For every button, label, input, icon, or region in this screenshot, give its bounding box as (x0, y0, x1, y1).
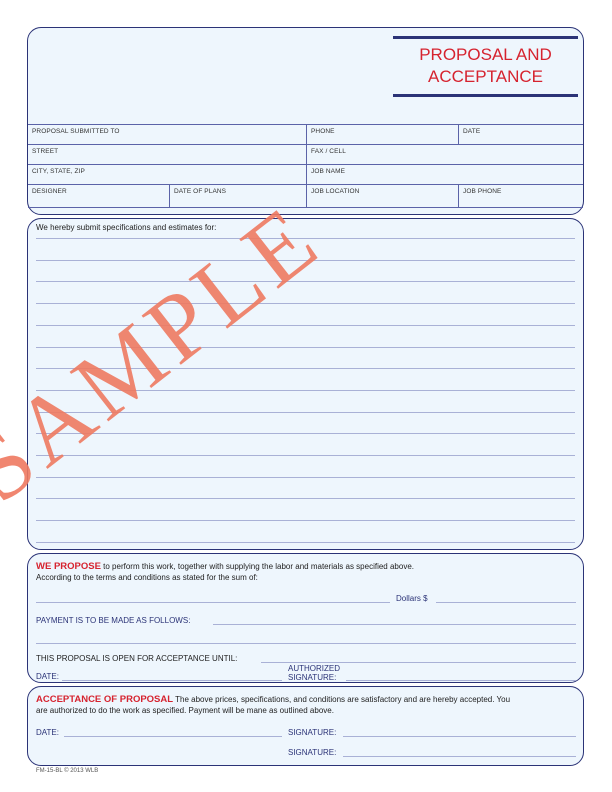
specifications-panel: We hereby submit specifications and esti… (27, 218, 584, 550)
open-until-label: THIS PROPOSAL IS OPEN FOR ACCEPTANCE UNT… (36, 654, 237, 663)
authorized-signature-line[interactable] (346, 680, 576, 681)
spec-line[interactable] (36, 433, 575, 434)
specifications-label: We hereby submit specifications and esti… (36, 223, 216, 232)
spec-line[interactable] (36, 238, 575, 239)
spec-line[interactable] (36, 303, 575, 304)
label-street: STREET (32, 148, 58, 155)
spec-line[interactable] (36, 412, 575, 413)
acceptance-date-label: DATE: (36, 728, 59, 737)
form-title: PROPOSAL AND ACCEPTANCE (393, 44, 578, 88)
spec-line[interactable] (36, 325, 575, 326)
field-job-name[interactable]: JOB NAME (306, 165, 583, 185)
authorized-signature-label: AUTHORIZED SIGNATURE: (288, 664, 340, 682)
field-fax-cell[interactable]: FAX / CELL (306, 145, 583, 165)
title-line-2: ACCEPTANCE (393, 66, 578, 88)
propose-date-line[interactable] (62, 680, 282, 681)
label-job-phone: JOB PHONE (463, 188, 501, 195)
field-phone[interactable]: PHONE (306, 125, 458, 145)
open-until-line[interactable] (261, 662, 576, 663)
dollars-amount-line[interactable] (436, 602, 576, 603)
payment-label: PAYMENT IS TO BE MADE AS FOLLOWS: (36, 616, 190, 625)
spec-line[interactable] (36, 260, 575, 261)
authorized-line-1: AUTHORIZED (288, 664, 340, 673)
label-date: DATE (463, 128, 480, 135)
label-fax-cell: FAX / CELL (311, 148, 346, 155)
label-proposal-submitted-to: PROPOSAL SUBMITTED TO (32, 128, 120, 135)
acceptance-text-2: are authorized to do the work as specifi… (36, 706, 334, 715)
spec-line[interactable] (36, 477, 575, 478)
spec-line[interactable] (36, 542, 575, 543)
proposal-terms-panel: WE PROPOSE to perform this work, togethe… (27, 553, 584, 683)
sum-words-line[interactable] (36, 602, 390, 603)
row-street: STREET FAX / CELL (28, 144, 583, 165)
title-rule-bottom (393, 94, 578, 97)
field-date-of-plans[interactable]: DATE OF PLANS (169, 185, 306, 207)
spec-line[interactable] (36, 498, 575, 499)
label-date-of-plans: DATE OF PLANS (174, 188, 226, 195)
row-proposal-submitted: PROPOSAL SUBMITTED TO PHONE DATE (28, 124, 583, 145)
acceptance-panel: ACCEPTANCE OF PROPOSAL The above prices,… (27, 686, 584, 766)
spec-line[interactable] (36, 281, 575, 282)
title-rule-top (393, 36, 578, 39)
acceptance-statement: ACCEPTANCE OF PROPOSAL The above prices,… (36, 694, 510, 705)
header-panel: PROPOSAL AND ACCEPTANCE PROPOSAL SUBMITT… (27, 27, 584, 215)
propose-text-2: According to the terms and conditions as… (36, 573, 258, 582)
field-city-state-zip[interactable]: CITY, STATE, ZIP (28, 165, 306, 185)
acceptance-date-line[interactable] (64, 736, 282, 737)
label-designer: DESIGNER (32, 188, 67, 195)
form-code-footer: FM-15-BL © 2013 WLB (36, 768, 98, 774)
payment-terms-line-2[interactable] (36, 643, 576, 644)
field-street[interactable]: STREET (28, 145, 306, 165)
spec-line[interactable] (36, 520, 575, 521)
label-job-name: JOB NAME (311, 168, 345, 175)
spec-line[interactable] (36, 390, 575, 391)
spec-line[interactable] (36, 368, 575, 369)
field-proposal-submitted-to[interactable]: PROPOSAL SUBMITTED TO (28, 125, 306, 145)
title-line-1: PROPOSAL AND (393, 44, 578, 66)
we-propose-heading: WE PROPOSE (36, 561, 101, 572)
acceptance-heading: ACCEPTANCE OF PROPOSAL (36, 694, 173, 705)
row-designer: DESIGNER DATE OF PLANS JOB LOCATION JOB … (28, 184, 583, 208)
signature-line-2[interactable] (343, 756, 576, 757)
field-designer[interactable]: DESIGNER (28, 185, 169, 207)
dollars-label: Dollars $ (396, 594, 428, 603)
signature-label-2: SIGNATURE: (288, 748, 336, 757)
label-job-location: JOB LOCATION (311, 188, 359, 195)
spec-line[interactable] (36, 455, 575, 456)
propose-statement: WE PROPOSE to perform this work, togethe… (36, 561, 414, 572)
field-date[interactable]: DATE (458, 125, 583, 145)
authorized-line-2: SIGNATURE: (288, 673, 340, 682)
payment-terms-line-1[interactable] (213, 624, 576, 625)
field-job-location[interactable]: JOB LOCATION (306, 185, 458, 207)
field-job-phone[interactable]: JOB PHONE (458, 185, 583, 207)
label-phone: PHONE (311, 128, 335, 135)
signature-label-1: SIGNATURE: (288, 728, 336, 737)
propose-date-label: DATE: (36, 672, 59, 681)
spec-line[interactable] (36, 347, 575, 348)
signature-line-1[interactable] (343, 736, 576, 737)
propose-text-1: to perform this work, together with supp… (101, 562, 414, 571)
acceptance-text-1: The above prices, specifications, and co… (173, 695, 510, 704)
row-city: CITY, STATE, ZIP JOB NAME (28, 164, 583, 185)
label-city-state-zip: CITY, STATE, ZIP (32, 168, 85, 175)
